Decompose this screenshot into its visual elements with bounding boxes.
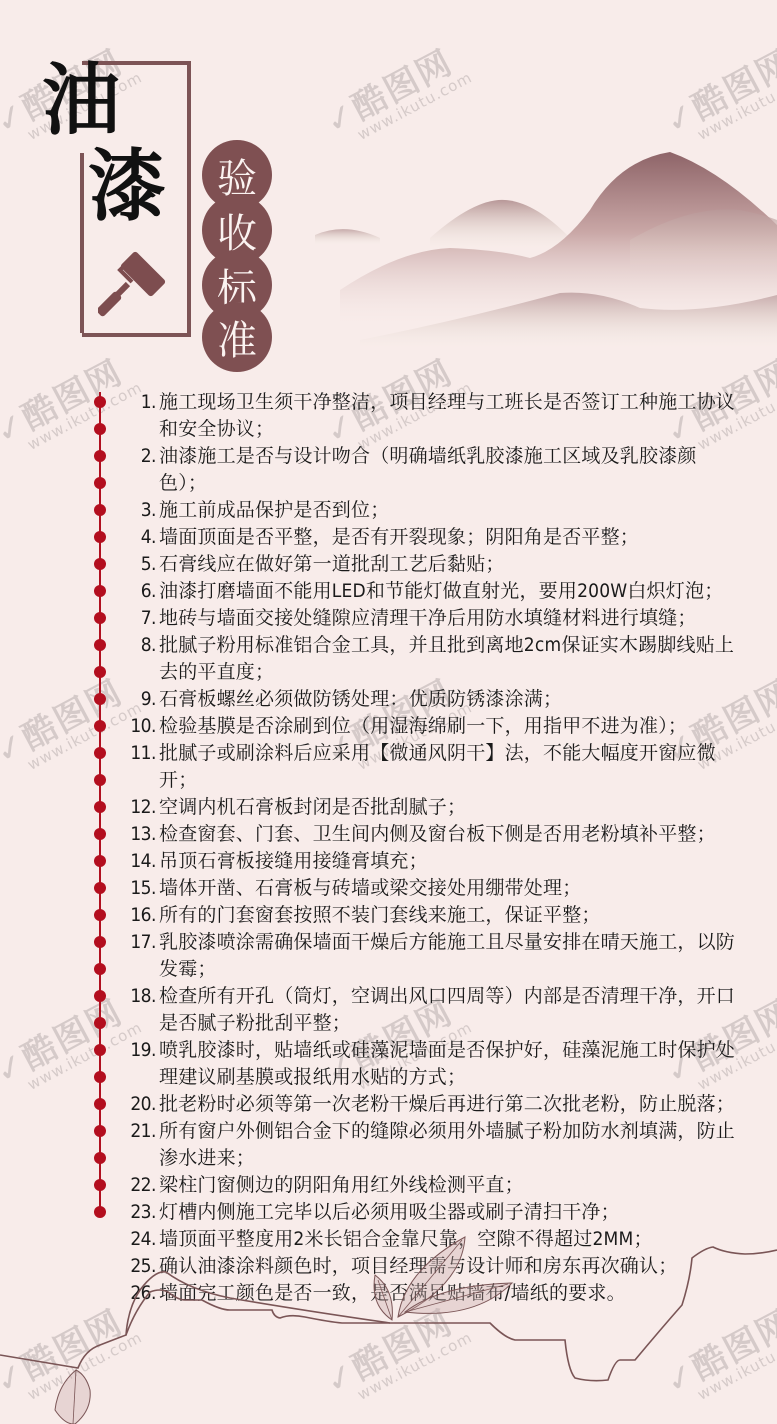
timeline-dot (94, 1017, 106, 1029)
timeline-dot (94, 828, 106, 840)
list-item: 20.批老粉时必须等第一次老粉干燥后再进行第二次批老粉，防止脱落； (108, 1091, 738, 1118)
timeline-dot (94, 612, 106, 624)
timeline-dot (94, 558, 106, 570)
list-item: 15.墙体开凿、石膏板与砖墙或梁交接处用绷带处理； (108, 875, 738, 902)
list-item: 11.批腻子或刷涂料后应采用【微通风阴干】法，不能大幅度开窗应微开； (108, 740, 738, 794)
timeline-dot (94, 585, 106, 597)
item-number: 7. (108, 605, 159, 632)
list-item: 4.墙面顶面是否平整，是否有开裂现象；阴阳角是否平整； (108, 524, 738, 551)
timeline-dot (94, 801, 106, 813)
item-number: 6. (108, 578, 159, 605)
timeline-dot (94, 1152, 106, 1164)
timeline-dot (94, 666, 106, 678)
item-number: 17. (108, 929, 159, 983)
item-number: 9. (108, 686, 159, 713)
item-number: 20. (108, 1091, 159, 1118)
paint-roller-icon (98, 248, 178, 320)
list-item: 2.油漆施工是否与设计吻合（明确墙纸乳胶漆施工区域及乳胶漆颜色）； (108, 443, 738, 497)
list-item: 8.批腻子粉用标准铝合金工具，并且批到离地2cm保证实木踢脚线贴上去的平直度； (108, 632, 738, 686)
item-text: 批腻子粉用标准铝合金工具，并且批到离地2cm保证实木踢脚线贴上去的平直度； (159, 632, 738, 686)
timeline-dot (94, 936, 106, 948)
list-item: 14.吊顶石膏板接缝用接缝膏填充； (108, 848, 738, 875)
item-number: 15. (108, 875, 159, 902)
timeline-dot (94, 1098, 106, 1110)
item-number: 3. (108, 497, 159, 524)
item-number: 16. (108, 902, 159, 929)
timeline-dot (94, 396, 106, 408)
item-number: 10. (108, 713, 159, 740)
item-text: 梁柱门窗侧边的阴阳角用红外线检测平直； (159, 1172, 738, 1199)
title-char-you: 油 (42, 62, 120, 140)
list-item: 1.施工现场卫生须干净整洁，项目经理与工班长是否签订工种施工协议和安全协议； (108, 389, 738, 443)
item-text: 乳胶漆喷涂需确保墙面干燥后方能施工且尽量安排在晴天施工，以防发霉； (159, 929, 738, 983)
item-number: 5. (108, 551, 159, 578)
leaf-icon (55, 1370, 90, 1424)
item-text: 地砖与墙面交接处缝隙应清理干净后用防水填缝材料进行填缝； (159, 605, 738, 632)
list-item: 12.空调内机石膏板封闭是否批刮腻子； (108, 794, 738, 821)
timeline-dot (94, 693, 106, 705)
timeline-dot (94, 1125, 106, 1137)
acceptance-checklist: 1.施工现场卫生须干净整洁，项目经理与工班长是否签订工种施工协议和安全协议； 2… (108, 389, 738, 1307)
timeline-dot (94, 639, 106, 651)
item-text: 空调内机石膏板封闭是否批刮腻子； (159, 794, 738, 821)
timeline-dot (94, 504, 106, 516)
item-number: 18. (108, 983, 159, 1037)
item-text: 油漆施工是否与设计吻合（明确墙纸乳胶漆施工区域及乳胶漆颜色）； (159, 443, 738, 497)
timeline-dot (94, 1179, 106, 1191)
item-text: 施工现场卫生须干净整洁，项目经理与工班长是否签订工种施工协议和安全协议； (159, 389, 738, 443)
item-number: 13. (108, 821, 159, 848)
item-number: 12. (108, 794, 159, 821)
item-text: 检查窗套、门套、卫生间内侧及窗台板下侧是否用老粉填补平整； (159, 821, 738, 848)
timeline-dot (94, 423, 106, 435)
item-number: 4. (108, 524, 159, 551)
item-text: 吊顶石膏板接缝用接缝膏填充； (159, 848, 738, 875)
timeline-dot (94, 855, 106, 867)
item-text: 检查所有开孔（筒灯，空调出风口四周等）内部是否清理干净，开口是否腻子粉批刮平整； (159, 983, 738, 1037)
list-item: 5.石膏线应在做好第一道批刮工艺后黏贴； (108, 551, 738, 578)
timeline-dot (94, 477, 106, 489)
list-item: 16.所有的门套窗套按照不装门套线来施工，保证平整； (108, 902, 738, 929)
title-frame-left-border (80, 153, 84, 333)
item-number: 19. (108, 1037, 159, 1091)
item-number: 21. (108, 1118, 159, 1172)
list-item: 3.施工前成品保护是否到位； (108, 497, 738, 524)
item-number: 22. (108, 1172, 159, 1199)
subtitle-circle-zhun: 准 (202, 302, 272, 372)
list-item: 18.检查所有开孔（筒灯，空调出风口四周等）内部是否清理干净，开口是否腻子粉批刮… (108, 983, 738, 1037)
timeline-dot (94, 450, 106, 462)
list-item: 6.油漆打磨墙面不能用LED和节能灯做直射光，要用200W白炽灯泡； (108, 578, 738, 605)
item-number: 1. (108, 389, 159, 443)
item-text: 施工前成品保护是否到位； (159, 497, 738, 524)
list-item: 13.检查窗套、门套、卫生间内侧及窗台板下侧是否用老粉填补平整； (108, 821, 738, 848)
timeline-dot (94, 747, 106, 759)
item-number: 2. (108, 443, 159, 497)
item-text: 喷乳胶漆时，贴墙纸或硅藻泥墙面是否保护好，硅藻泥施工时保护处理建议刷基膜或报纸用… (159, 1037, 738, 1091)
item-text: 石膏线应在做好第一道批刮工艺后黏贴； (159, 551, 738, 578)
list-item: 9.石膏板螺丝必须做防锈处理：优质防锈漆涂满； (108, 686, 738, 713)
timeline-dot (94, 774, 106, 786)
item-text: 墙面顶面是否平整，是否有开裂现象；阴阳角是否平整； (159, 524, 738, 551)
title-char-qi: 漆 (88, 148, 166, 226)
item-text: 所有的门套窗套按照不装门套线来施工，保证平整； (159, 902, 738, 929)
item-text: 所有窗户外侧铝合金下的缝隙必须用外墙腻子粉加防水剂填满，防止渗水进来； (159, 1118, 738, 1172)
timeline-dot (94, 882, 106, 894)
item-text: 检验基膜是否涂刷到位（用湿海绵刷一下，用指甲不进为准）； (159, 713, 738, 740)
item-text: 批老粉时必须等第一次老粉干燥后再进行第二次批老粉，防止脱落； (159, 1091, 738, 1118)
list-item: 22.梁柱门窗侧边的阴阳角用红外线检测平直； (108, 1172, 738, 1199)
timeline-dot (94, 963, 106, 975)
item-text: 油漆打磨墙面不能用LED和节能灯做直射光，要用200W白炽灯泡； (159, 578, 738, 605)
timeline-dot (94, 1044, 106, 1056)
subtitle-char: 准 (217, 309, 257, 366)
list-item: 17.乳胶漆喷涂需确保墙面干燥后方能施工且尽量安排在晴天施工，以防发霉； (108, 929, 738, 983)
list-item: 19.喷乳胶漆时，贴墙纸或硅藻泥墙面是否保护好，硅藻泥施工时保护处理建议刷基膜或… (108, 1037, 738, 1091)
item-number: 11. (108, 740, 159, 794)
leaf-branch-decoration (0, 1220, 777, 1424)
item-text: 石膏板螺丝必须做防锈处理：优质防锈漆涂满； (159, 686, 738, 713)
timeline-dot (94, 909, 106, 921)
timeline-dot (94, 1071, 106, 1083)
timeline-dot (94, 531, 106, 543)
list-item: 21.所有窗户外侧铝合金下的缝隙必须用外墙腻子粉加防水剂填满，防止渗水进来； (108, 1118, 738, 1172)
item-text: 墙体开凿、石膏板与砖墙或梁交接处用绷带处理； (159, 875, 738, 902)
mountain-landscape (300, 130, 777, 350)
list-item: 7.地砖与墙面交接处缝隙应清理干净后用防水填缝材料进行填缝； (108, 605, 738, 632)
timeline-dot (94, 720, 106, 732)
item-number: 14. (108, 848, 159, 875)
timeline-dot (94, 1206, 106, 1218)
timeline-dot (94, 990, 106, 1002)
list-item: 10.检验基膜是否涂刷到位（用湿海绵刷一下，用指甲不进为准）； (108, 713, 738, 740)
item-number: 8. (108, 632, 159, 686)
item-text: 批腻子或刷涂料后应采用【微通风阴干】法，不能大幅度开窗应微开； (159, 740, 738, 794)
